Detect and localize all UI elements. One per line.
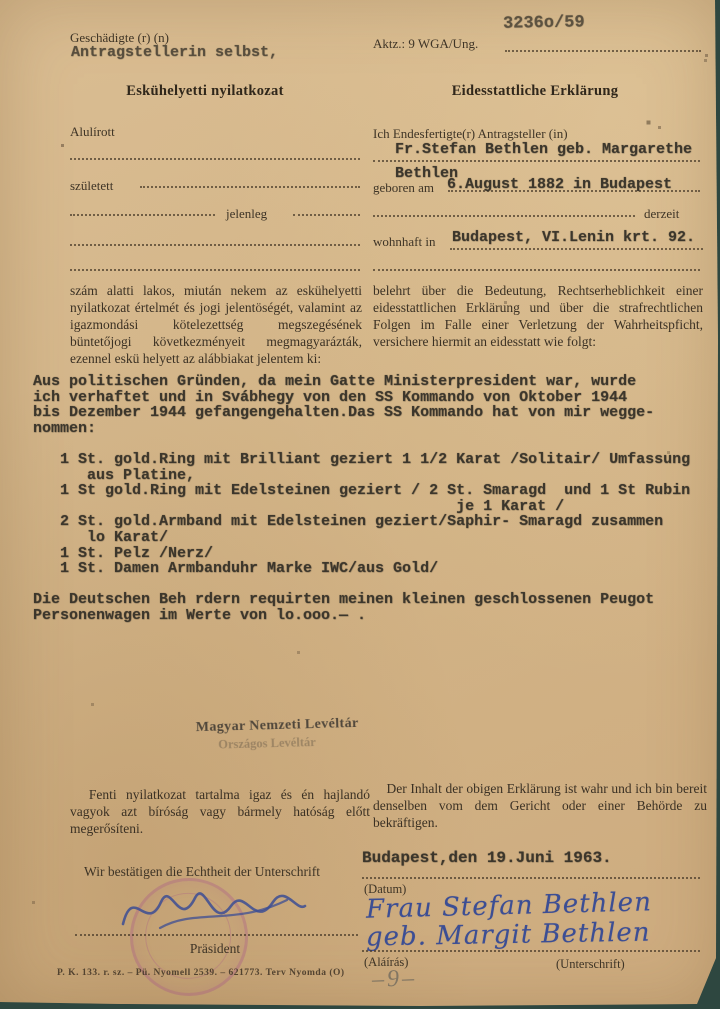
left-blank-line-2 <box>70 244 360 246</box>
hungarian-intro-label: Alulírott <box>70 124 115 140</box>
date-typed-value: Budapest,den 19.Juni 1963. <box>362 849 612 867</box>
applicant-signature-line2: geb. Margit Bethlen <box>366 918 651 953</box>
document-paper: Geschädigte (r) (n) Antragstellerin selb… <box>0 0 720 1009</box>
resident-typed-value: Budapest, VI.Lenin krt. 92. <box>452 229 695 246</box>
victim-typed-value: Antragstellerin selbst, <box>71 44 278 61</box>
archive-stamp-line1: Magyar Nemzeti Levéltár <box>196 716 359 736</box>
president-role-label: Präsident <box>160 941 270 957</box>
left-blank-line-1 <box>70 158 360 160</box>
print-code: P. K. 133. r. sz. – Pü. Nyomell 2539. – … <box>57 968 345 978</box>
typed-declaration-body: Aus politischen Gründen, da mein Gatte M… <box>33 374 713 624</box>
president-signature-line <box>75 934 358 936</box>
resident-label: wohnhaft in <box>373 234 435 250</box>
hungarian-current-label: jelenleg <box>226 206 267 222</box>
hungarian-confirmation-paragraph: Fenti nyilatkozat tartalma igaz és én ha… <box>70 786 370 837</box>
file-number-label: Aktz.: 9 WGA/Ung. <box>373 36 478 52</box>
signature-label-german: (Unterschrift) <box>556 957 625 972</box>
right-name-leader <box>373 160 700 162</box>
hungarian-born-label: született <box>70 178 113 194</box>
german-legal-paragraph: belehrt über die Bedeutung, Rechtserhebl… <box>373 282 703 350</box>
signature-line <box>362 950 700 952</box>
archive-stamp: Magyar Nemzeti Levéltár Országos Levéltá… <box>196 716 360 753</box>
right-blank-line <box>373 269 700 271</box>
left-current-leader-b <box>293 214 360 216</box>
german-intro-label: Ich Endesfertigte(r) Antragsteller (in) <box>373 126 568 142</box>
file-number-leader <box>505 50 701 52</box>
left-born-leader <box>140 186 360 188</box>
applicant-name-line1: Fr.Stefan Bethlen geb. Margarethe <box>395 141 692 158</box>
date-line <box>362 877 700 879</box>
born-typed-value: 6.August 1882 in Budapest <box>447 176 672 193</box>
page-number-pencil: –9– <box>372 965 418 994</box>
currently-leader <box>373 215 635 217</box>
left-blank-line-3 <box>70 269 360 271</box>
hungarian-legal-paragraph: szám alatti lakos, miután nekem az esküh… <box>70 282 362 367</box>
left-current-leader-a <box>70 214 215 216</box>
currently-label: derzeit <box>644 206 679 222</box>
title-hungarian: Eskühelyetti nyilatkozat <box>95 83 315 100</box>
file-number-stamped: 3236o/59 <box>503 13 585 33</box>
paper-dust-specks <box>0 0 1 1</box>
title-german: Eidesstattliche Erklärung <box>415 83 655 100</box>
born-label: geboren am <box>373 180 434 196</box>
german-confirmation-paragraph: Der Inhalt der obigen Erklärung ist wahr… <box>373 780 707 831</box>
archive-stamp-line2: Országos Levéltár <box>218 734 359 753</box>
resident-leader <box>450 248 703 250</box>
